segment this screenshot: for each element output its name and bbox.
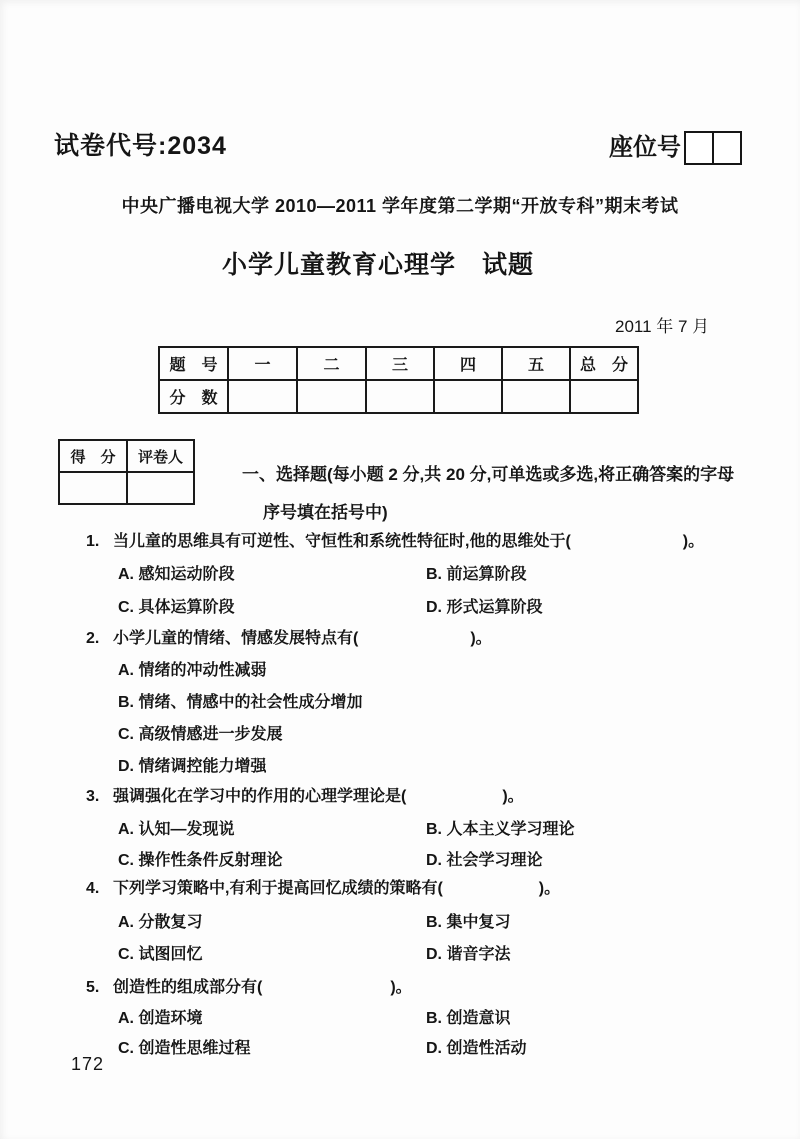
option-a: A. 创造环境 — [118, 1009, 202, 1029]
question-2: 2.小学儿童的情绪、情感发展特点有( )。 — [86, 629, 492, 649]
option-b: B. 前运算阶段 — [426, 565, 526, 585]
question-4-options-row-2: C. 试图回忆 D. 谐音字法 — [0, 945, 800, 965]
score-table-cell: 四 — [434, 347, 502, 380]
grader-score-box: 得 分 评卷人 — [58, 439, 195, 505]
question-text: 创造性的组成部分有( )。 — [113, 979, 412, 996]
question-1-options-row-2: C. 具体运算阶段 D. 形式运算阶段 — [0, 598, 800, 618]
option-a: A. 分散复习 — [118, 913, 202, 933]
grader-box-empty-cell — [59, 472, 127, 504]
option-a: A. 认知—发现说 — [118, 820, 234, 840]
option-d: D. 创造性活动 — [426, 1039, 526, 1059]
question-text: 下列学习策略中,有利于提高回忆成绩的策略有( )。 — [113, 880, 560, 897]
seat-number-boxes — [684, 131, 742, 165]
score-table-empty-cell — [228, 380, 297, 413]
score-table-empty-cell — [366, 380, 434, 413]
question-text: 小学儿童的情绪、情感发展特点有( )。 — [113, 630, 492, 647]
question-number: 4. — [86, 879, 113, 899]
question-4: 4.下列学习策略中,有利于提高回忆成绩的策略有( )。 — [86, 879, 560, 899]
option-b: B. 集中复习 — [426, 913, 510, 933]
section-heading-line-2: 序号填在括号中) — [263, 498, 388, 523]
seat-number-box-1 — [684, 131, 714, 165]
option-c: C. 具体运算阶段 — [118, 598, 234, 618]
score-table-cell: 分 数 — [159, 380, 228, 413]
grader-box-cell: 得 分 — [59, 440, 127, 472]
question-text: 强调强化在学习中的作用的心理学理论是( )。 — [113, 788, 524, 805]
question-2-option-b: B. 情绪、情感中的社会性成分增加 — [118, 693, 362, 713]
question-text: 当儿童的思维具有可逆性、守恒性和系统性特征时,他的思维处于( )。 — [113, 533, 704, 550]
score-table-empty-cell — [297, 380, 366, 413]
section-heading-line-1: 一、选择题(每小题 2 分,共 20 分,可单选或多选,将正确答案的字母 — [242, 460, 734, 485]
seat-number-box-2 — [712, 131, 742, 165]
grader-box-cell: 评卷人 — [127, 440, 194, 472]
question-1-options-row-1: A. 感知运动阶段 B. 前运算阶段 — [0, 565, 800, 585]
question-5-options-row-1: A. 创造环境 B. 创造意识 — [0, 1009, 800, 1029]
grader-box-header-row: 得 分 评卷人 — [59, 440, 194, 472]
option-a: A. 感知运动阶段 — [118, 565, 234, 585]
exam-paper-page: 试卷代号:2034 座位号 中央广播电视大学 2010—2011 学年度第二学期… — [0, 0, 800, 1139]
question-number: 5. — [86, 978, 113, 998]
score-table-cell: 总 分 — [570, 347, 638, 380]
question-2-option-d: D. 情绪调控能力增强 — [118, 757, 266, 777]
option-d: D. 谐音字法 — [426, 945, 510, 965]
question-number: 2. — [86, 629, 113, 649]
score-table-score-row: 分 数 — [159, 380, 638, 413]
question-3: 3.强调强化在学习中的作用的心理学理论是( )。 — [86, 787, 524, 807]
score-table-cell: 二 — [297, 347, 366, 380]
seat-number-label: 座位号 — [609, 127, 681, 162]
score-table-empty-cell — [570, 380, 638, 413]
score-table-cell: 五 — [502, 347, 570, 380]
grader-box-empty-cell — [127, 472, 194, 504]
paper-code: 试卷代号:2034 — [54, 126, 227, 162]
question-5: 5.创造性的组成部分有( )。 — [86, 978, 412, 998]
exam-date: 2011 年 7 月 — [615, 312, 709, 337]
question-2-option-a: A. 情绪的冲动性减弱 — [118, 661, 266, 681]
grader-box-empty-row — [59, 472, 194, 504]
score-table-empty-cell — [434, 380, 502, 413]
question-5-options-row-2: C. 创造性思维过程 D. 创造性活动 — [0, 1039, 800, 1059]
exam-title: 小学儿童教育心理学 试题 — [0, 245, 778, 281]
question-3-options-row-1: A. 认知—发现说 B. 人本主义学习理论 — [0, 820, 800, 840]
option-b: B. 创造意识 — [426, 1009, 510, 1029]
option-c: C. 试图回忆 — [118, 945, 202, 965]
score-table-cell: 题 号 — [159, 347, 228, 380]
score-table-cell: 一 — [228, 347, 297, 380]
question-1: 1.当儿童的思维具有可逆性、守恒性和系统性特征时,他的思维处于( )。 — [86, 532, 704, 552]
score-table-header-row: 题 号 一 二 三 四 五 总 分 — [159, 347, 638, 380]
score-table-cell: 三 — [366, 347, 434, 380]
question-3-options-row-2: C. 操作性条件反射理论 D. 社会学习理论 — [0, 851, 800, 871]
option-c: C. 创造性思维过程 — [118, 1039, 250, 1059]
option-d: D. 形式运算阶段 — [426, 598, 542, 618]
page-number: 172 — [71, 1054, 104, 1075]
question-4-options-row-1: A. 分散复习 B. 集中复习 — [0, 913, 800, 933]
score-summary-table: 题 号 一 二 三 四 五 总 分 分 数 — [158, 346, 639, 414]
option-d: D. 社会学习理论 — [426, 851, 542, 871]
option-b: B. 人本主义学习理论 — [426, 820, 574, 840]
question-number: 1. — [86, 532, 113, 552]
school-exam-session-line: 中央广播电视大学 2010—2011 学年度第二学期“开放专科”期末考试 — [0, 192, 800, 218]
question-2-option-c: C. 高级情感进一步发展 — [118, 725, 282, 745]
option-c: C. 操作性条件反射理论 — [118, 851, 282, 871]
question-number: 3. — [86, 787, 113, 807]
score-table-empty-cell — [502, 380, 570, 413]
